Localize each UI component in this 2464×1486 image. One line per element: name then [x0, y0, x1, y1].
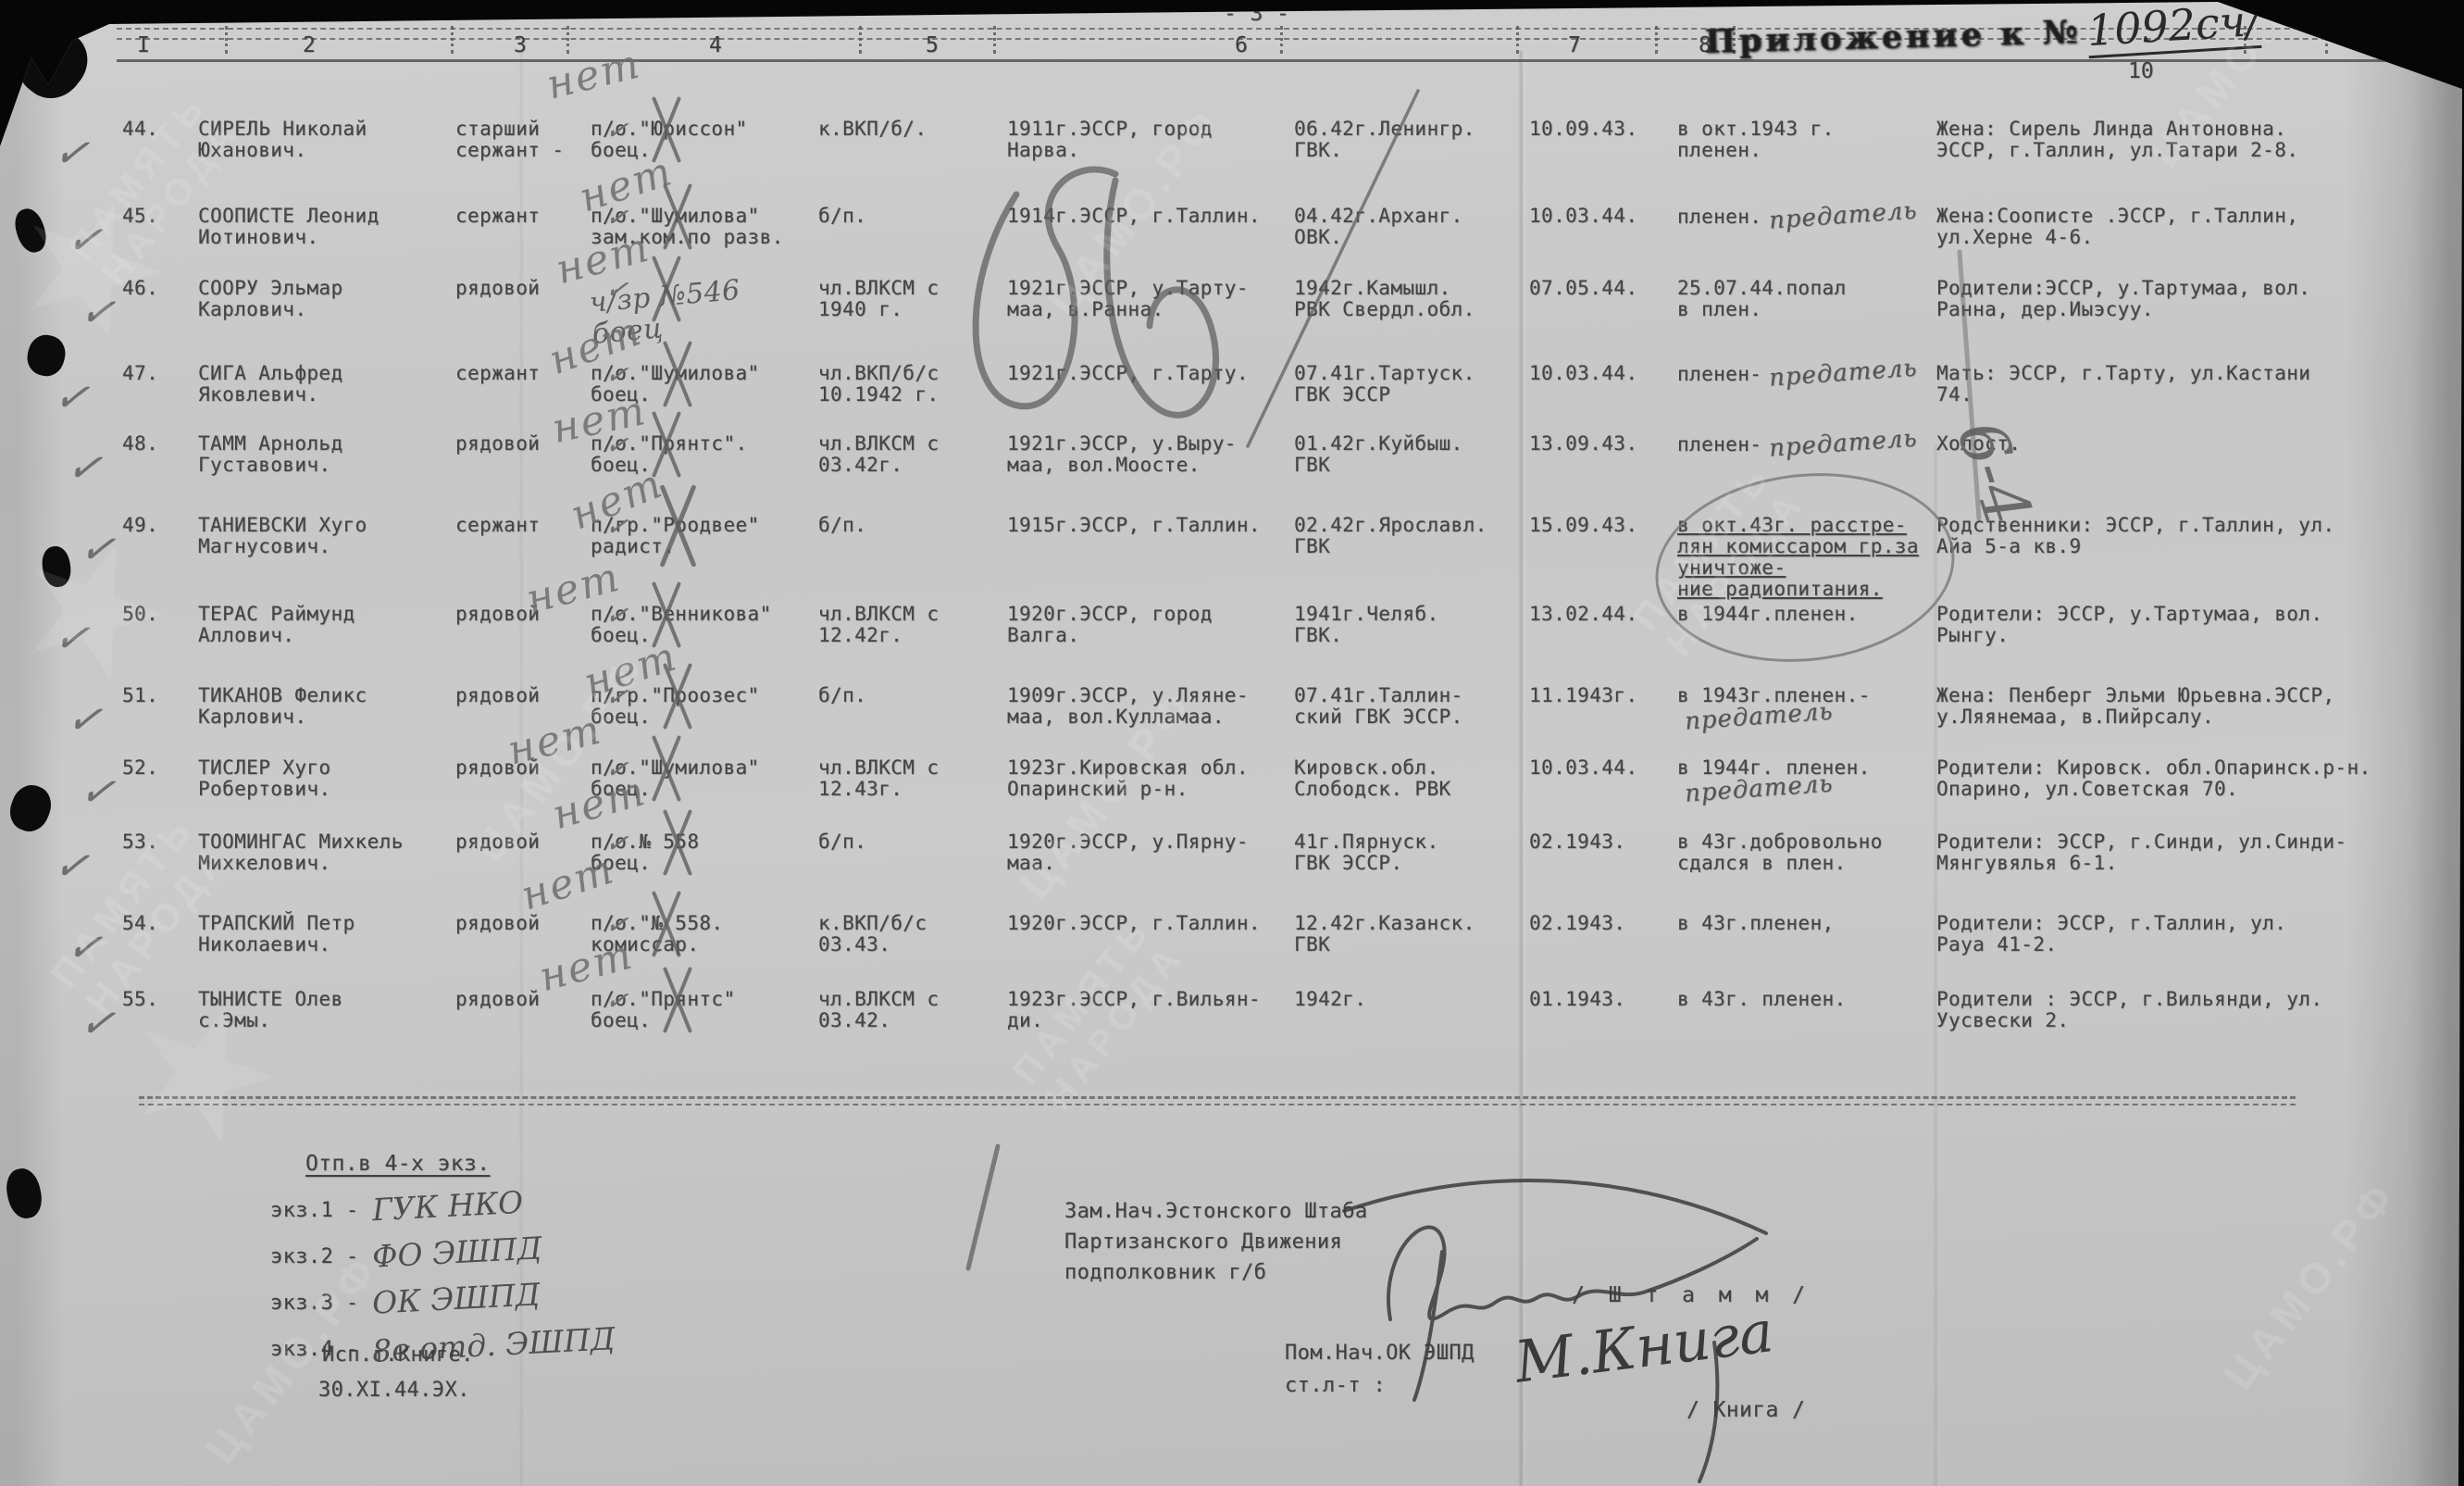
column-number: I	[137, 33, 150, 57]
cell-capture-date: 10.03.44.	[1529, 757, 1675, 779]
column-number: 2	[303, 33, 316, 57]
row-number: 48.	[122, 433, 158, 455]
cell-capture-date: 02.1943.	[1529, 913, 1675, 934]
stamp-text: Приложение к №	[1705, 13, 2083, 61]
signer2-signature-handwritten: М.Книга	[1512, 1297, 1777, 1396]
distribution-item: экз.1 -ГУК НКО	[270, 1188, 615, 1224]
cell-capture-date: 13.09.43.	[1529, 433, 1675, 455]
cell-party-membership: чл.ВЛКСМ с 03.42.	[818, 989, 1003, 1031]
cell-birth-place: 1921г.ЭССР, у.Выру- маа, вол.Моосте.	[1007, 433, 1296, 476]
cell-capture-date: 10.03.44.	[1529, 363, 1675, 384]
cell-family-address: Родители: ЭССР, г.Синди, ул.Синди- Мянгу…	[1936, 831, 2459, 874]
copy-recipient-handwritten: ФО ЭШПД	[371, 1230, 542, 1275]
paper-sheet: - 3 - I234567810II Приложение к №1092сч/…	[0, 0, 2464, 1486]
traitor-annotation: предатель	[1769, 357, 1919, 389]
cell-capture-date: 02.1943.	[1529, 831, 1675, 853]
cell-capture-date: 15.09.43.	[1529, 515, 1675, 536]
page-number: - 3 -	[1224, 4, 1289, 25]
cell-draft-info: 1942г.Камышл. РВК Свердл.обл.	[1294, 278, 1531, 320]
scanned-document: - 3 - I234567810II Приложение к №1092сч/…	[0, 0, 2464, 1486]
distribution-item: экз.2 -ФО ЭШПД	[270, 1234, 615, 1270]
cell-name: ТАНИЕВСКИ Хуго Магнусович.	[198, 515, 457, 557]
cell-name: ТРАПСКИЙ Петр Николаевич.	[198, 913, 457, 955]
cell-rank: старший сержант -	[455, 119, 594, 161]
cell-draft-info: 12.42г.Казанск. ГВК	[1294, 913, 1531, 955]
cell-family-address: Родители: Кировск. обл.Опаринск.р-н. Опа…	[1936, 757, 2459, 800]
cell-draft-info: 41г.Пярнуск. ГВК ЭССР.	[1294, 831, 1531, 874]
cell-name: ТАММ Арнольд Густавович.	[198, 433, 457, 476]
copy-recipient-handwritten: ОК ЭШПД	[371, 1276, 541, 1320]
executor-line: Исп.т.Книге.	[322, 1344, 474, 1366]
row-number: 52.	[122, 757, 158, 779]
column-number: 10	[2128, 59, 2154, 83]
cell-family-address: Родители:ЭССР, у.Тартумаа, вол. Ранна, д…	[1936, 278, 2459, 320]
cell-party-membership: к.ВКП/б/с 03.43.	[818, 913, 1003, 955]
cell-party-membership: чл.ВЛКСМ с 1940 г.	[818, 278, 1003, 320]
net-annotation: нет	[516, 845, 620, 919]
column-tick	[1280, 26, 1283, 54]
fate-typed: в 43г.пленен,	[1677, 912, 1835, 934]
ink-blob	[23, 331, 68, 380]
cell-family-address: Родители: ЭССР, г.Таллин, ул. Рауа 41-2.	[1936, 913, 2459, 955]
fate-typed: 25.07.44.попал в плен.	[1677, 277, 1847, 320]
signer1-title: Зам.Нач.Эстонского Штаба Партизанского Д…	[1064, 1196, 1367, 1288]
cell-rank: сержант	[455, 206, 594, 227]
column-tick	[2325, 26, 2328, 54]
pencil-x-mark	[642, 733, 687, 804]
cell-party-membership: чл.ВЛКСМ с 12.42г.	[818, 604, 1003, 646]
column-number: 3	[514, 33, 527, 57]
column-number: 5	[926, 33, 939, 57]
ruler-heavy-line	[117, 59, 2457, 62]
cell-fate: в 1943г.пленен.- предатель	[1677, 685, 1938, 729]
cell-party-membership: б/п.	[818, 515, 1003, 536]
cell-family-address: Мать: ЭССР, г.Тарту, ул.Кастани 74.	[1936, 363, 2459, 406]
cell-name: ТИКАНОВ Феликс Карлович.	[198, 685, 457, 728]
cell-family-address: Родители: ЭССР, у.Тартумаа, вол. Рынгу.	[1936, 604, 2459, 646]
cell-fate: в 43г.пленен,	[1677, 913, 1938, 934]
net-annotation: нет	[541, 40, 645, 108]
cell-party-membership: б/п.	[818, 206, 1003, 227]
cell-capture-date: 10.03.44.	[1529, 206, 1675, 227]
cell-name: СООПИСТЕ Леонид Иотинович.	[198, 206, 457, 248]
cell-birth-place: 1920г.ЭССР, город Валга.	[1007, 604, 1296, 646]
cell-family-address: Жена:Соописте .ЭССР, г.Таллин, ул.Херне …	[1936, 206, 2459, 248]
cell-party-membership: чл.ВЛКСМ с 12.43г.	[818, 757, 1003, 800]
cell-fate: пленен-предатель	[1677, 433, 1938, 456]
cell-family-address: Родители : ЭССР, г.Вильянди, ул. Уусвеск…	[1936, 989, 2459, 1031]
column-number: 7	[1568, 33, 1581, 57]
ink-blob	[3, 1166, 45, 1221]
cell-name: ТИСЛЕР Хуго Робертович.	[198, 757, 457, 800]
cell-fate: в 1944г. пленен. предатель	[1677, 757, 1938, 801]
row-number: 49.	[122, 515, 158, 536]
cell-party-membership: чл.ВЛКСМ с 03.42г.	[818, 433, 1003, 476]
margin-checkmark: ✓	[61, 440, 115, 494]
fate-typed: пленен.	[1677, 206, 1761, 228]
cell-fate: пленен-предатель	[1677, 363, 1938, 385]
column-tick	[225, 26, 228, 54]
cell-fate: в 43г.добровольно сдался в плен.	[1677, 831, 1938, 874]
cell-party-membership: к.ВКП/б/.	[818, 119, 1003, 140]
column-number: II	[2407, 35, 2433, 59]
traitor-annotation: предатель	[1684, 773, 1834, 805]
cell-name: СИГА Альфред Яковлевич.	[198, 363, 457, 406]
column-number: 4	[709, 33, 722, 57]
traitor-annotation: предатель	[1769, 428, 1919, 459]
fate-typed: в окт.1943 г. пленен.	[1677, 118, 1835, 161]
fate-typed: пленен-	[1677, 433, 1761, 456]
pencil-x-mark	[653, 339, 698, 409]
signer2-title: Пом.Нач.ОК ЭШПД ст.л-т :	[1285, 1337, 1475, 1402]
copy-recipient-handwritten: ГУК НКО	[371, 1184, 524, 1228]
margin-checkmark: ✓	[48, 838, 102, 893]
cell-capture-date: 10.09.43.	[1529, 119, 1675, 140]
cell-fate: пленен.предатель	[1677, 206, 1938, 228]
cell-name: ТЕРАС Раймунд Аллович.	[198, 604, 457, 646]
cell-name: ТООМИНГАС Михкель Михкелович.	[198, 831, 457, 874]
cell-capture-date: 01.1943.	[1529, 989, 1675, 1010]
column-tick	[566, 26, 569, 54]
cell-draft-info: 01.42г.Куйбыш. ГВК	[1294, 433, 1531, 476]
cell-party-membership: б/п.	[818, 831, 1003, 853]
column-number: 6	[1235, 33, 1248, 57]
column-tick	[1516, 26, 1519, 54]
signer2-name: / Книга /	[1686, 1400, 1805, 1421]
row-number: 47.	[122, 363, 158, 384]
appendix-stamp: Приложение к №1092сч/	[1704, 0, 2260, 66]
cell-rank: рядовой	[455, 913, 594, 934]
margin-checkmark: ✓	[48, 369, 102, 424]
cell-capture-date: 07.05.44.	[1529, 278, 1675, 299]
column-tick	[993, 26, 996, 54]
column-tick	[451, 26, 454, 54]
signer1-name: / Ш т а м м /	[1572, 1285, 1811, 1306]
archive-watermark: ЦАМО.РФ	[2213, 1169, 2408, 1399]
fate-typed: в 43г.добровольно сдался в плен.	[1677, 830, 1883, 874]
copy-number-typed: экз.1 -	[270, 1199, 359, 1222]
ink-blob	[6, 16, 100, 111]
cell-birth-place: 1915г.ЭССР, г.Таллин.	[1007, 515, 1296, 536]
footer-separator-top	[139, 1096, 2296, 1099]
traitor-annotation: предатель	[1684, 701, 1834, 732]
cell-party-membership: б/п.	[818, 685, 1003, 706]
cell-birth-place: 1921г.ЭССР, г.Тарту.	[1007, 363, 1296, 384]
fate-typed: в 43г. пленен.	[1677, 988, 1847, 1010]
signature1-stroke	[1344, 1180, 1766, 1233]
cell-family-address: Жена: Пенберг Эльми Юрьевна.ЭССР, у.Ляян…	[1936, 685, 2459, 728]
traitor-annotation: предатель	[1769, 200, 1919, 231]
ink-blob	[5, 780, 57, 836]
cell-party-membership: чл.ВКП/б/с 10.1942 г.	[818, 363, 1003, 406]
footer-separator-bottom	[139, 1104, 2296, 1105]
cell-draft-info: Кировск.обл. Слободск. РВК	[1294, 757, 1531, 800]
fate-typed: пленен-	[1677, 363, 1761, 385]
cell-draft-info: 02.42г.Ярославл. ГВК	[1294, 515, 1531, 557]
cell-fate: в 43г. пленен.	[1677, 989, 1938, 1010]
margin-checkmark: ✓	[74, 764, 128, 818]
pencil-footer-slash	[968, 1146, 998, 1268]
cell-draft-info: 07.41г.Тартуск. ГВК ЭССР	[1294, 363, 1531, 406]
cell-fate: 25.07.44.попал в плен.	[1677, 278, 1938, 320]
column-tick	[859, 26, 862, 54]
pencil-x-mark	[653, 807, 698, 878]
cell-draft-info: 1942г.	[1294, 989, 1531, 1010]
distribution-header: Отп.в 4-х экз.	[305, 1154, 490, 1175]
column-tick	[1655, 26, 1658, 54]
star-watermark: ★	[0, 498, 205, 722]
date-line: 30.XI.44.ЭХ.	[318, 1380, 470, 1401]
cell-draft-info: 1941г.Челяб. ГВК.	[1294, 604, 1531, 646]
cell-draft-info: 04.42г.Арханг. ОВК.	[1294, 206, 1531, 248]
pencil-x-mark	[653, 965, 698, 1035]
pencil-x-mark	[642, 889, 687, 959]
cell-fate: в окт.1943 г. пленен.	[1677, 119, 1938, 161]
cell-draft-info: 07.41г.Таллин- ский ГВК ЭССР.	[1294, 685, 1531, 728]
cell-name: СООРУ Эльмар Карлович.	[198, 278, 457, 320]
cell-capture-date: 11.1943г.	[1529, 685, 1675, 706]
cell-draft-info: 06.42г.Ленингр. ГВК.	[1294, 119, 1531, 161]
